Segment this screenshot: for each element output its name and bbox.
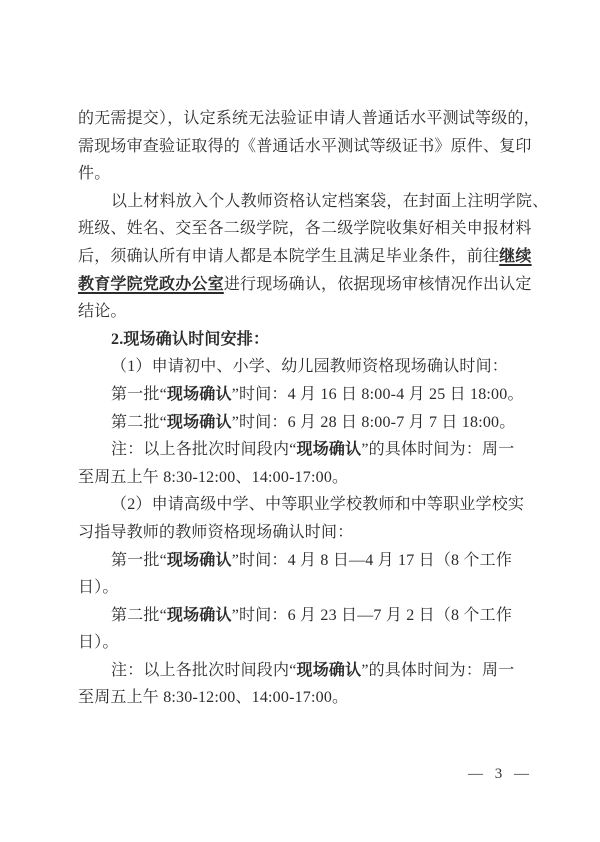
text-segment: 教育学院党政办公室 bbox=[78, 276, 224, 293]
text-segment: 现场确认 bbox=[167, 552, 232, 569]
text-segment: 现场确认 bbox=[167, 414, 232, 431]
document-line: （1）申请初中、小学、幼儿园教师资格现场确认时间： bbox=[78, 353, 544, 381]
document-line: 至周五上午 8:30-12:00、14:00-17:00。 bbox=[78, 464, 544, 492]
text-segment: 第二批“ bbox=[111, 607, 167, 624]
text-segment: ”的具体时间为：周一 bbox=[361, 662, 514, 679]
text-segment: 需现场审查验证取得的《普通话水平测试等级证书》原件、复印 bbox=[78, 138, 532, 155]
document-line: 注：以上各批次时间段内“现场确认”的具体时间为：周一 bbox=[78, 657, 544, 685]
document-line: 的无需提交），认定系统无法验证申请人普通话水平测试等级的， bbox=[78, 105, 544, 133]
document-line: 2.现场确认时间安排： bbox=[78, 326, 544, 354]
text-segment: ”时间：6 月 23 日—7 月 2 日（8 个工作 bbox=[232, 607, 512, 624]
document-line: 第二批“现场确认”时间：6 月 28 日 8:00-7 月 7 日 18:00。 bbox=[78, 409, 544, 437]
text-segment: 以上材料放入个人教师资格认定档案袋，在封面上注明学院、 bbox=[111, 193, 548, 210]
text-segment: ”的具体时间为：周一 bbox=[361, 441, 514, 458]
text-segment: 2.现场确认时间安排： bbox=[111, 331, 269, 348]
text-segment: 至周五上午 8:30-12:00、14:00-17:00。 bbox=[78, 469, 348, 486]
text-segment: 日）。 bbox=[78, 579, 119, 596]
text-segment: 第一批“ bbox=[111, 552, 167, 569]
document-line: 至周五上午 8:30-12:00、14:00-17:00。 bbox=[78, 684, 544, 712]
document-line: 以上材料放入个人教师资格认定档案袋，在封面上注明学院、 bbox=[78, 188, 544, 216]
document-line: 习指导教师的教师资格现场确认时间： bbox=[78, 519, 544, 547]
text-segment: 的无需提交），认定系统无法验证申请人普通话水平测试等级的， bbox=[78, 110, 540, 127]
text-segment: 至周五上午 8:30-12:00、14:00-17:00。 bbox=[78, 689, 348, 706]
text-segment: 现场确认 bbox=[297, 441, 362, 458]
document-line: 注：以上各批次时间段内“现场确认”的具体时间为：周一 bbox=[78, 436, 544, 464]
text-segment: 注：以上各批次时间段内“ bbox=[111, 662, 297, 679]
document-line: 后，须确认所有申请人都是本院学生且满足毕业条件，前往继续 bbox=[78, 243, 544, 271]
text-segment: 结论。 bbox=[78, 303, 127, 320]
document-line: 件。 bbox=[78, 160, 544, 188]
document-line: 班级、姓名、交至各二级学院，各二级学院收集好相关申报材料 bbox=[78, 215, 544, 243]
text-segment: 注：以上各批次时间段内“ bbox=[111, 441, 297, 458]
text-segment: 第二批“ bbox=[111, 414, 167, 431]
text-segment: 继续 bbox=[499, 248, 531, 265]
document-line: 日）。 bbox=[78, 574, 544, 602]
text-segment: 现场确认 bbox=[167, 607, 232, 624]
text-segment: ”时间：4 月 16 日 8:00-4 月 25 日 18:00。 bbox=[232, 386, 524, 403]
text-segment: 进行现场确认，依据现场审核情况作出认定 bbox=[224, 276, 532, 293]
document-line: 第二批“现场确认”时间：6 月 23 日—7 月 2 日（8 个工作 bbox=[78, 602, 544, 630]
text-segment: 第一批“ bbox=[111, 386, 167, 403]
text-segment: 日）。 bbox=[78, 634, 119, 651]
text-segment: 现场确认 bbox=[167, 386, 232, 403]
text-segment: （2）申请高级中学、中等职业学校教师和中等职业学校实 bbox=[111, 496, 524, 513]
document-content: 的无需提交），认定系统无法验证申请人普通话水平测试等级的，需现场审查验证取得的《… bbox=[78, 105, 544, 712]
text-segment: （1）申请初中、小学、幼儿园教师资格现场确认时间： bbox=[111, 358, 508, 375]
text-segment: 班级、姓名、交至各二级学院，各二级学院收集好相关申报材料 bbox=[78, 220, 532, 237]
text-segment: 件。 bbox=[78, 165, 110, 182]
document-line: 第一批“现场确认”时间：4 月 8 日—4 月 17 日（8 个工作 bbox=[78, 547, 544, 575]
document-page: 的无需提交），认定系统无法验证申请人普通话水平测试等级的，需现场审查验证取得的《… bbox=[0, 0, 600, 842]
text-segment: 习指导教师的教师资格现场确认时间： bbox=[78, 524, 353, 541]
document-line: 日）。 bbox=[78, 629, 544, 657]
text-segment: 现场确认 bbox=[297, 662, 362, 679]
document-line: 需现场审查验证取得的《普通话水平测试等级证书》原件、复印 bbox=[78, 133, 544, 161]
text-segment: ”时间：6 月 28 日 8:00-7 月 7 日 18:00。 bbox=[232, 414, 516, 431]
document-line: （2）申请高级中学、中等职业学校教师和中等职业学校实 bbox=[78, 491, 544, 519]
text-segment: 后，须确认所有申请人都是本院学生且满足毕业条件，前往 bbox=[78, 248, 499, 265]
document-line: 结论。 bbox=[78, 298, 544, 326]
document-line: 第一批“现场确认”时间：4 月 16 日 8:00-4 月 25 日 18:00… bbox=[78, 381, 544, 409]
text-segment: ”时间：4 月 8 日—4 月 17 日（8 个工作 bbox=[232, 552, 512, 569]
document-line: 教育学院党政办公室进行现场确认，依据现场审核情况作出认定 bbox=[78, 271, 544, 299]
page-number: — 3 — bbox=[468, 766, 531, 783]
